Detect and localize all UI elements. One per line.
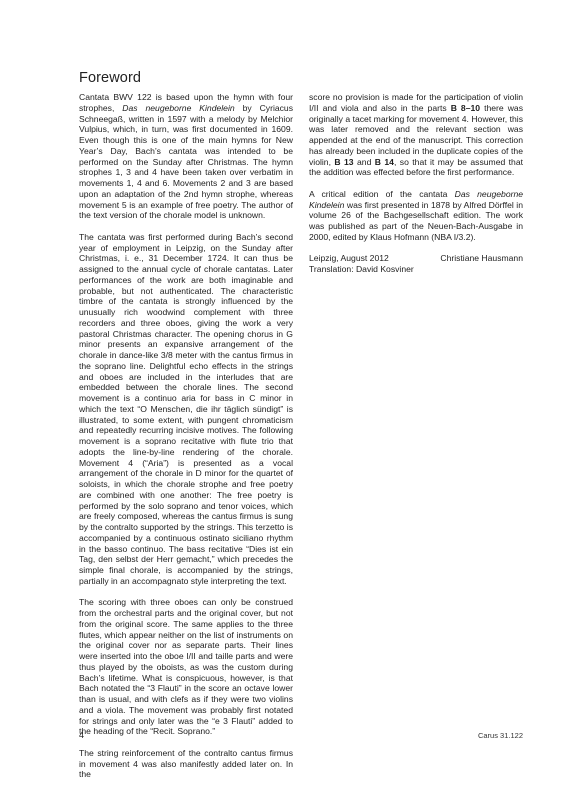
paragraph-score-provision: score no provision is made for the parti… <box>309 92 523 178</box>
text-run: by Cyriacus Schneegaß, written in 1597 w… <box>79 103 293 221</box>
paragraph-scoring: The scoring with three oboes can only be… <box>79 597 293 737</box>
source-reference: B 14 <box>375 157 394 167</box>
page-title: Foreword <box>79 70 141 86</box>
author-name: Christiane Hausmann <box>440 253 523 264</box>
hymn-title: Das neugeborne Kindelein <box>122 103 234 113</box>
document-page: Foreword Cantata BWV 122 is based upon t… <box>0 0 587 800</box>
signature-row: Leipzig, August 2012 Christiane Hausmann <box>309 253 523 264</box>
paragraph-string-reinforcement: The string reinforcement of the contralt… <box>79 748 293 780</box>
source-reference: B 13 <box>334 157 353 167</box>
source-reference: B 8–10 <box>451 103 480 113</box>
catalog-number: Carus 31.122 <box>478 731 523 740</box>
paragraph-critical-edition: A critical edition of the cantata Das ne… <box>309 189 523 243</box>
left-column: Cantata BWV 122 is based upon the hymn w… <box>79 92 293 780</box>
page-number: 4 <box>79 730 84 740</box>
paragraph-intro: Cantata BWV 122 is based upon the hymn w… <box>79 92 293 221</box>
paragraph-first-performance: The cantata was first performed during B… <box>79 232 293 587</box>
text-run: A critical edition of the cantata <box>309 189 455 199</box>
text-run: and <box>354 157 375 167</box>
translator-credit: Translation: David Kosviner <box>309 264 523 275</box>
place-date: Leipzig, August 2012 <box>309 253 389 264</box>
right-column: score no provision is made for the parti… <box>309 92 523 286</box>
